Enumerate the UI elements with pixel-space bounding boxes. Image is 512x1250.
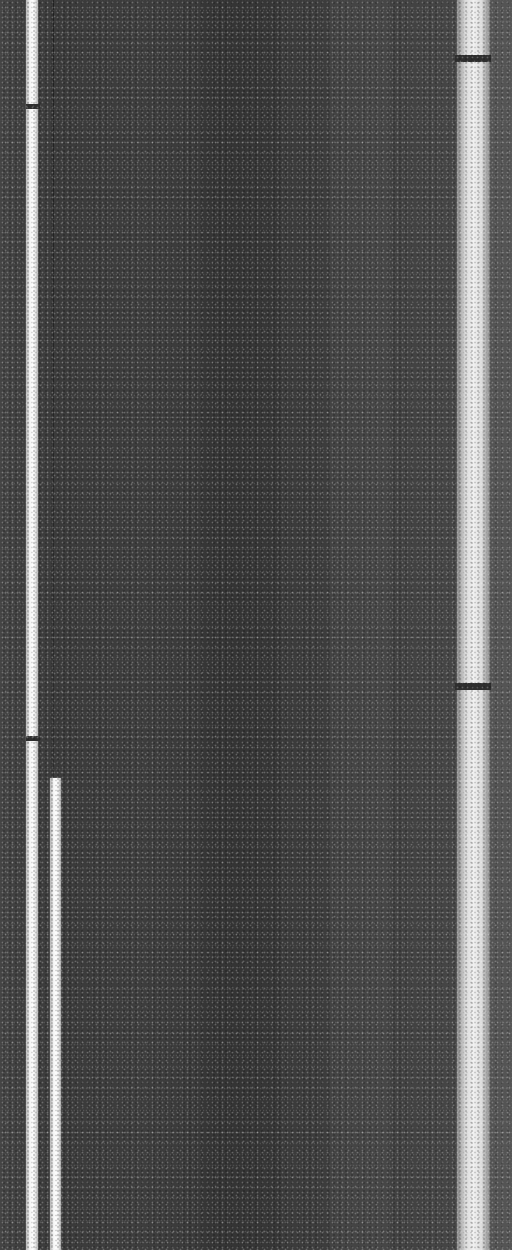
left-inner-lane-line — [50, 778, 61, 1250]
pavement-crack — [53, 0, 54, 780]
tire-track-shading — [200, 0, 280, 1250]
tire-track-shading — [330, 0, 390, 1250]
lane-line-seam — [26, 736, 40, 741]
left-edge-lane-line — [26, 0, 38, 1250]
asphalt-texture — [0, 0, 512, 1250]
asphalt-texture — [0, 0, 512, 1250]
right-shoulder — [490, 0, 512, 1250]
lane-line-seam — [455, 55, 491, 62]
lane-line-seam — [26, 104, 40, 109]
asphalt-texture — [0, 0, 512, 1250]
lane-line-seam — [455, 683, 491, 690]
right-edge-lane-line — [457, 0, 490, 1250]
road-surface-photo — [0, 0, 512, 1250]
asphalt-texture — [0, 0, 512, 1250]
